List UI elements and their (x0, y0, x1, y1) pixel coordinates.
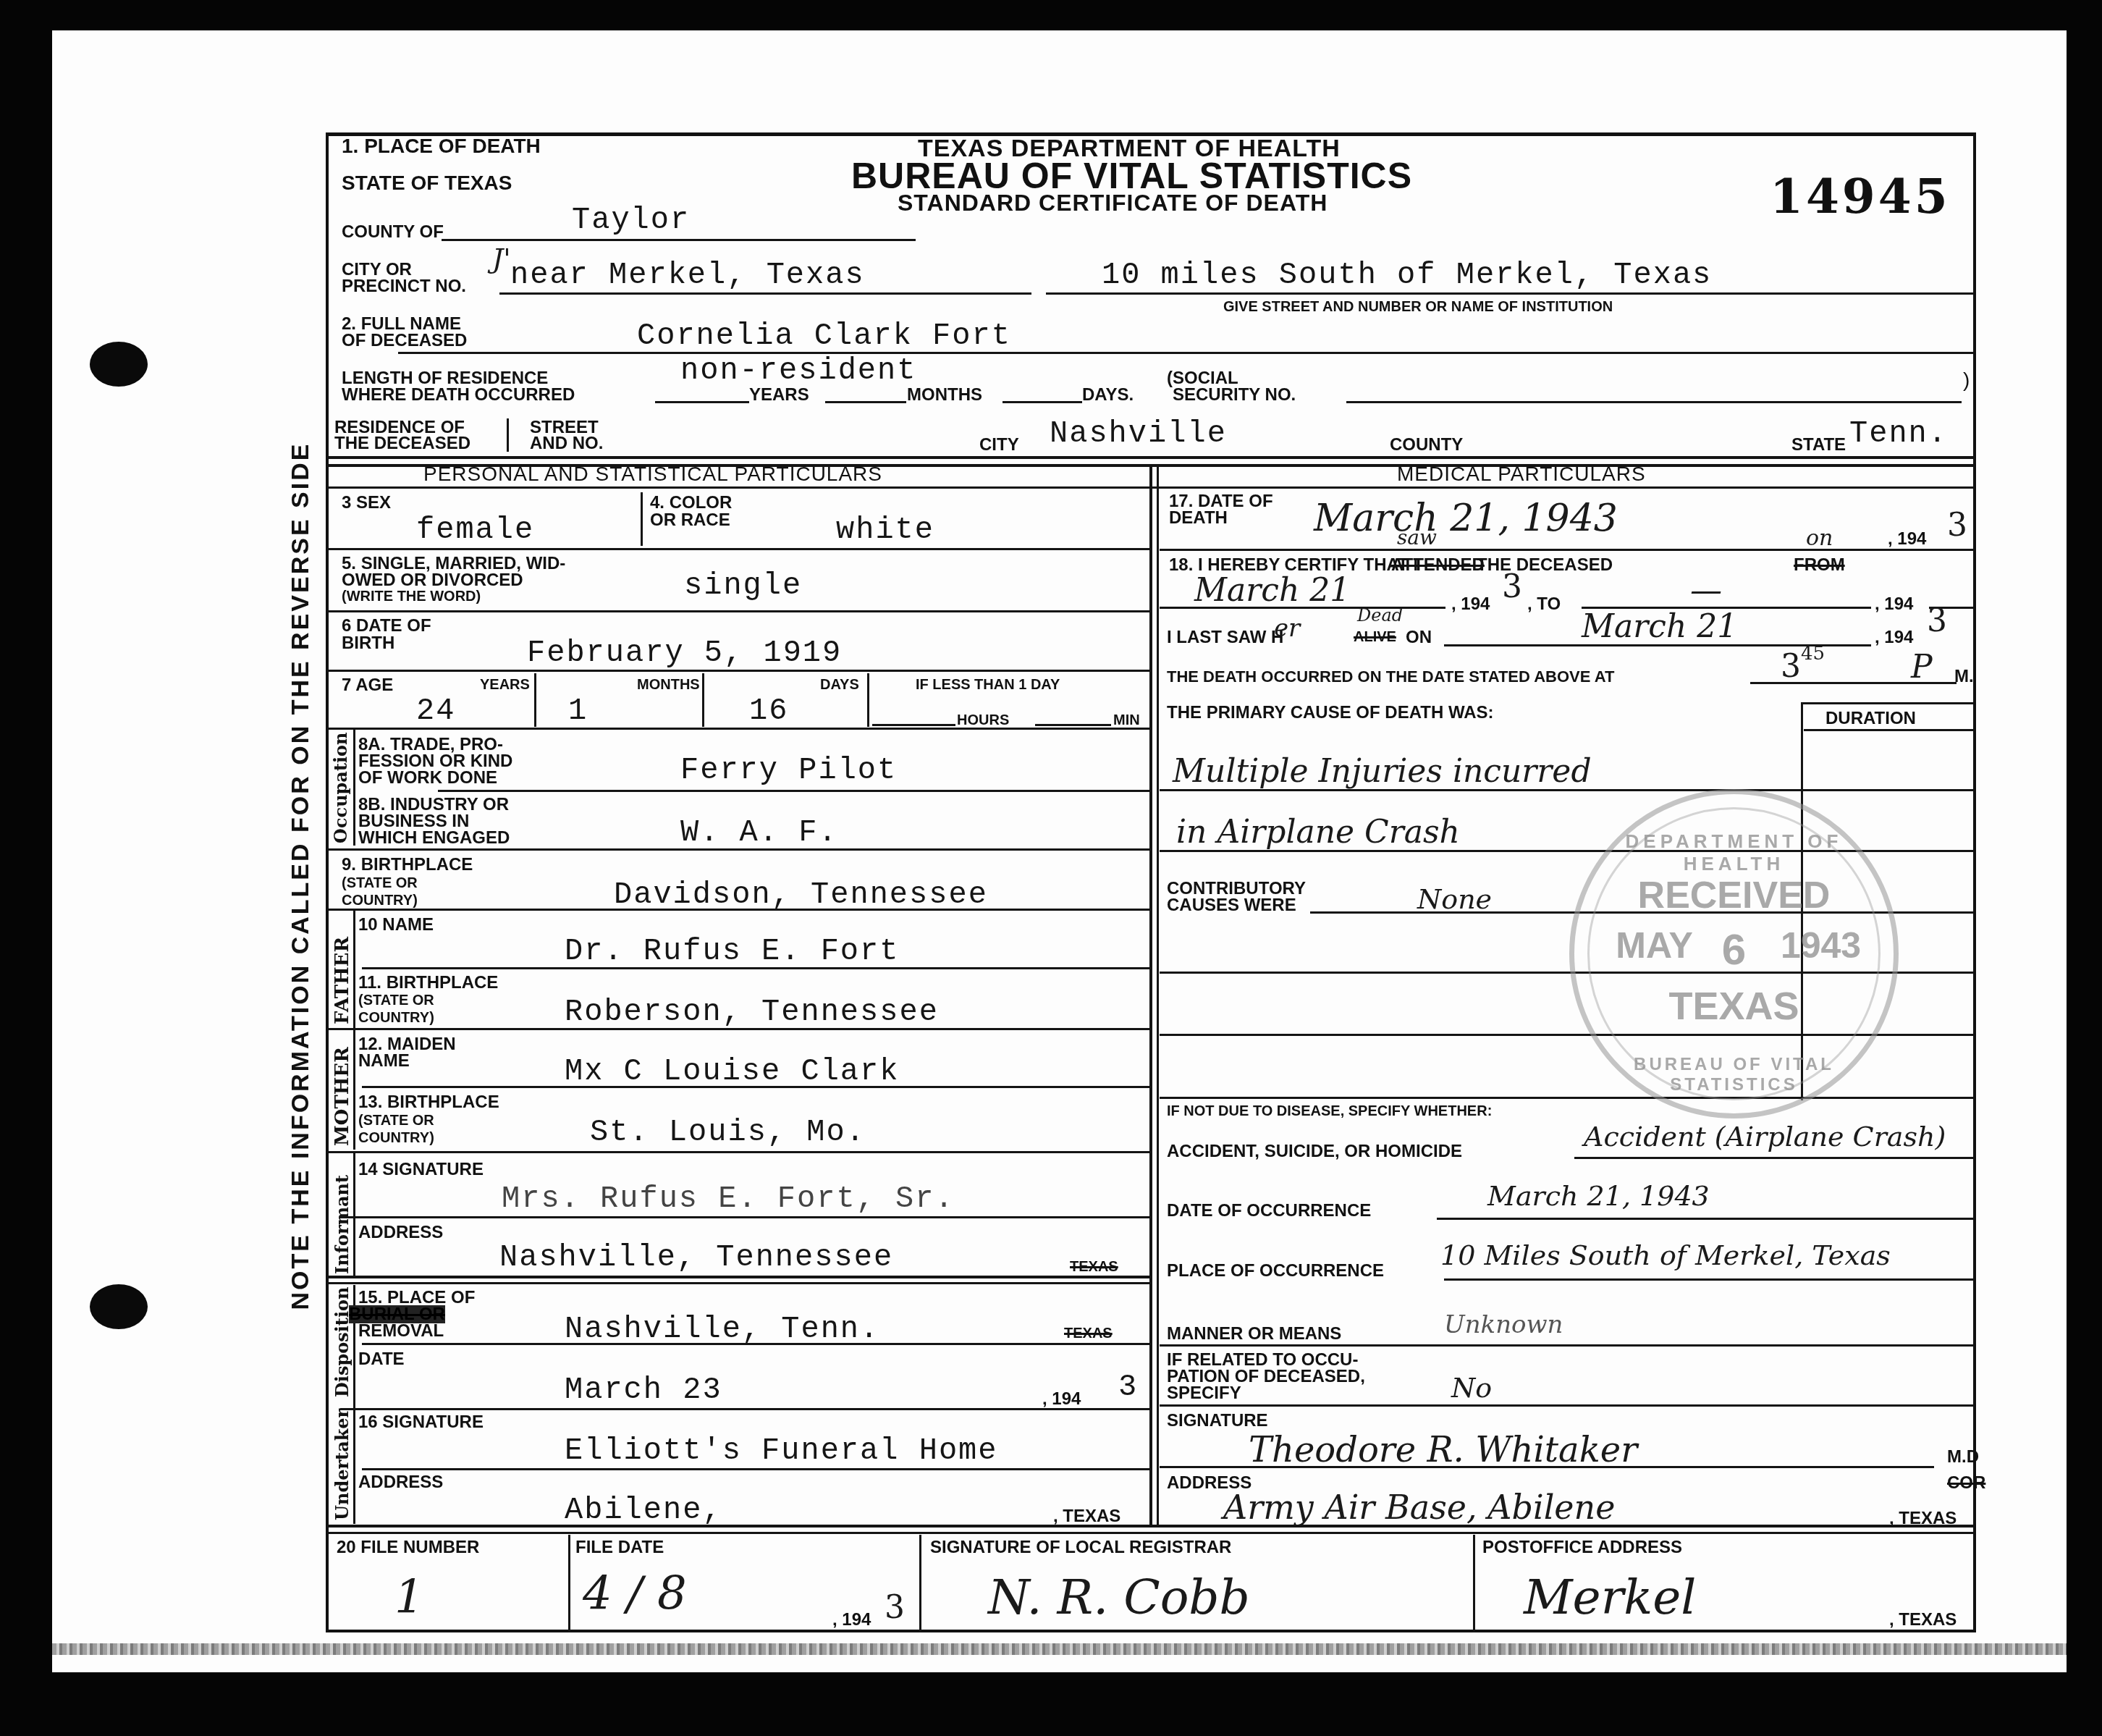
birthplace-value: Davidson, Tennessee (614, 877, 988, 912)
occurrence-place-underline (1444, 1278, 1974, 1281)
attended-from-value: March 21 (1194, 572, 1350, 609)
dob-label-2: BIRTH (342, 634, 394, 652)
res-city-label: CITY (979, 436, 1019, 454)
time-label: THE DEATH OCCURRED ON THE DATE STATED AB… (1167, 667, 1614, 686)
father-side-divider (353, 911, 355, 1028)
res-county-label: COUNTY (1390, 436, 1463, 454)
res-state-label: STATE (1791, 436, 1846, 454)
last-saw-inserted-dead: Dead (1357, 605, 1403, 625)
rule-undertaker (340, 1408, 1149, 1410)
not-disease-label: IF NOT DUE TO DISEASE, SPECIFY WHETHER: (1167, 1104, 1492, 1119)
father-name-label: 10 NAME (358, 916, 434, 934)
years-label: YEARS (749, 386, 809, 404)
time-am-pm: P (1911, 649, 1933, 686)
undertaker-address-value: Abilene, (565, 1493, 722, 1528)
last-saw-year-digit: 3 (1927, 602, 1947, 639)
sex-color-divider (641, 492, 643, 546)
residence-length-label-2: WHERE DEATH OCCURRED (342, 386, 575, 404)
mother-maiden-name-value: Mx C Louise Clark (565, 1054, 899, 1089)
months-underline (825, 401, 906, 403)
undertaker-value: Elliott's Funeral Home (565, 1433, 998, 1468)
punch-hole-icon (90, 1284, 148, 1329)
residence-divider (507, 418, 509, 452)
city-value: near Merkel, Texas (510, 258, 865, 292)
removal-date-label: DATE (358, 1350, 405, 1368)
informant-side-divider (353, 1153, 355, 1278)
to-label: , TO (1527, 595, 1561, 613)
age-days-label: DAYS (820, 678, 859, 693)
occurrence-place-value: 10 Miles South of Merkel, Texas (1440, 1239, 1891, 1271)
city-underline (499, 292, 1031, 295)
father-bp-label: 11. BIRTHPLACE (358, 974, 498, 992)
double-rule-filing-2 (327, 1532, 1975, 1534)
age-divider-1 (534, 673, 536, 727)
state-label: STATE OF TEXAS (342, 172, 512, 194)
informant-sig-label: 14 SIGNATURE (358, 1160, 484, 1179)
ss-close-paren: ) (1963, 369, 1970, 391)
hours-label: HOURS (957, 713, 1009, 728)
received-stamp: DEPARTMENT OF HEALTH RECEIVED MAY 6 1943… (1569, 789, 1899, 1118)
occupation-side-label: Occupation (330, 732, 351, 843)
residence-length-value: non-resident (680, 353, 916, 388)
removal-year-prefix: , 194 (1042, 1390, 1081, 1408)
certify-struck-attended: ATTENDED (1391, 556, 1485, 574)
double-rule-top (327, 456, 1975, 459)
full-name-label-2: OF DECEASED (342, 332, 467, 350)
mother-bp-label-3: COUNTRY) (358, 1131, 434, 1146)
duration-top-rule (1801, 702, 1973, 704)
registrar-signature: N. R. Cobb (988, 1569, 1250, 1625)
file-divider-2 (919, 1535, 921, 1632)
rule-father (327, 909, 1149, 911)
registrar-label: SIGNATURE OF LOCAL REGISTRAR (930, 1538, 1231, 1556)
last-saw-date-value: March 21 (1582, 608, 1737, 645)
last-saw-label: I LAST SAW H (1167, 628, 1283, 646)
color-value: white (836, 513, 934, 547)
cause-line-2: in Airplane Crash (1176, 814, 1460, 851)
informant-value: Mrs. Rufus E. Fort, Sr. (502, 1181, 955, 1216)
certify-inserted-on: on (1806, 526, 1833, 551)
residence-label-2: THE DECEASED (334, 434, 470, 452)
days-underline (1003, 401, 1082, 403)
mother-side-label: MOTHER (332, 1047, 353, 1146)
rule-birthplace (327, 848, 1149, 851)
physician-signature: Theodore R. Whitaker (1249, 1430, 1637, 1470)
occurrence-date-value: March 21, 1943 (1487, 1180, 1710, 1212)
cause-line-1: Multiple Injuries incurred (1173, 753, 1592, 790)
double-rule-disposition-1 (327, 1276, 1149, 1278)
industry-label-3: WHICH ENGAGED (358, 829, 510, 847)
punch-hole-icon (90, 342, 148, 387)
sex-value: female (416, 513, 534, 547)
certify-inserted-saw: saw (1397, 526, 1437, 549)
physician-address-value: Army Air Base, Abilene (1223, 1488, 1615, 1527)
last-saw-pronoun: er (1274, 614, 1300, 643)
months-label: MONTHS (907, 386, 982, 404)
file-date-label: FILE DATE (575, 1538, 664, 1556)
disposition-side-label: Disposition (332, 1286, 353, 1397)
informant-side-label: Informant (332, 1175, 353, 1274)
rule-mother (327, 1028, 1149, 1030)
occupation-side-divider (353, 730, 355, 846)
min-label: MIN (1113, 713, 1140, 728)
removal-year-digit: 3 (1118, 1370, 1138, 1404)
certificate-number: 14945 (1770, 168, 1951, 224)
last-saw-struck-alive: ALIVE (1354, 630, 1396, 645)
contributory-label-2: CAUSES WERE (1167, 896, 1296, 914)
county-underline (442, 239, 916, 241)
certify-label-2: THE DECEASED (1477, 556, 1613, 574)
street-hint: GIVE STREET AND NUMBER OR NAME OF INSTIT… (1223, 300, 1613, 315)
personal-section-title: PERSONAL AND STATISTICAL PARTICULARS (423, 463, 882, 485)
stamp-top-arc: DEPARTMENT OF HEALTH (1574, 830, 1894, 875)
removal-texas-label: TEXAS (1064, 1326, 1113, 1341)
manner-value: Unknown (1444, 1310, 1563, 1339)
cor-label: COR (1947, 1474, 1985, 1492)
occurrence-date-underline (1437, 1218, 1974, 1220)
removal-place-value: Nashville, Tenn. (565, 1312, 879, 1347)
date-of-birth-value: February 5, 1919 (527, 636, 842, 670)
postoffice-label: POSTOFFICE ADDRESS (1482, 1538, 1682, 1556)
file-number-value: 1 (394, 1571, 424, 1625)
attended-to-value: — (1690, 572, 1722, 609)
occurrence-place-label: PLACE OF OCCURRENCE (1167, 1262, 1384, 1280)
rule-age (327, 670, 1149, 672)
dod-year-digit: 3 (1947, 507, 1967, 544)
trade-label-3: OF WORK DONE (358, 769, 497, 787)
file-year-prefix: , 194 (832, 1611, 871, 1629)
mother-bp-label-2: (STATE OR (358, 1113, 434, 1129)
stamp-year: 1943 (1661, 924, 1980, 966)
from-year-digit: 3 (1502, 568, 1522, 605)
center-divider (1149, 464, 1152, 1525)
age-years-label: YEARS (480, 678, 530, 693)
medical-section-title: MEDICAL PARTICULARS (1397, 463, 1646, 485)
scan-edge (52, 1643, 2067, 1655)
father-bp-label-3: COUNTRY) (358, 1011, 434, 1026)
trade-value: Ferry Pilot (680, 753, 897, 788)
mother-side-divider (353, 1030, 355, 1150)
center-divider-inner (1157, 464, 1159, 1525)
stamp-received: RECEIVED (1574, 874, 1894, 917)
street-underline (1046, 292, 1974, 295)
hours-field (872, 724, 955, 726)
primary-cause-label: THE PRIMARY CAUSE OF DEATH WAS: (1167, 704, 1494, 722)
signature-underline (1160, 1466, 1934, 1468)
rule-undertaker-addr (362, 1468, 1149, 1470)
years-underline (655, 401, 749, 403)
contributory-value: None (1417, 883, 1492, 915)
precinct-mark: J' (492, 243, 511, 274)
county-value: Taylor (572, 203, 690, 237)
name-underline (398, 352, 1974, 354)
industry-value: W. A. F. (680, 815, 838, 850)
street-label-2: AND NO. (530, 434, 603, 452)
father-bp-label-2: (STATE OR (358, 993, 434, 1008)
occurrence-date-label: DATE OF OCCURRENCE (1167, 1202, 1371, 1220)
postoffice-value: Merkel (1524, 1569, 1696, 1625)
rule-father-bp (362, 967, 1149, 969)
rule-industry (438, 790, 1149, 792)
time-minute: 45 (1801, 643, 1825, 665)
age-divider-3 (867, 673, 869, 727)
father-name-value: Dr. Rufus E. Fort (565, 934, 899, 969)
accident-value: Accident (Airplane Crash) (1584, 1121, 1946, 1153)
color-label: 4. COLOR (650, 494, 732, 512)
county-label: COUNTY OF (342, 223, 444, 241)
marital-status-value: single (684, 568, 802, 603)
stamp-bottom-arc: BUREAU OF VITAL STATISTICS (1574, 1055, 1894, 1095)
undertaker-texas-label: , TEXAS (1053, 1507, 1120, 1525)
cause-rule-1 (1160, 789, 1974, 791)
file-divider-1 (568, 1535, 570, 1632)
age-label: 7 AGE (342, 676, 393, 694)
occ-related-rule (1160, 1404, 1974, 1407)
birthplace-label-2: (STATE OR (342, 876, 418, 891)
rule-removal-date (362, 1343, 1149, 1345)
deceased-name: Cornelia Clark Fort (637, 319, 1011, 353)
rule-occupation (327, 728, 1149, 730)
residence-state: Tenn. (1849, 416, 1948, 451)
sex-label: 3 SEX (342, 494, 391, 512)
marital-label-3: (WRITE THE WORD) (342, 589, 481, 604)
section-header-rule (327, 486, 1975, 489)
marital-label-2: OWED OR DIVORCED (342, 571, 523, 589)
informant-addr-label: ADDRESS (358, 1223, 443, 1242)
birthplace-label: 9. BIRTHPLACE (342, 856, 473, 874)
manner-label: MANNER OR MEANS (1167, 1325, 1341, 1343)
duration-header-rule (1804, 729, 1974, 731)
father-side-label: FATHER (332, 937, 353, 1024)
removal-date-value: March 23 (565, 1373, 722, 1407)
birthplace-label-3: COUNTRY) (342, 893, 418, 909)
father-birthplace-value: Roberson, Tennessee (565, 995, 939, 1029)
cause-rule-6 (1160, 1097, 1974, 1099)
postoffice-texas-label: , TEXAS (1889, 1611, 1957, 1629)
rule-informant (327, 1151, 1149, 1153)
age-divider-2 (702, 673, 704, 727)
occ-related-label-3: SPECIFY (1167, 1384, 1241, 1402)
undertaker-side-label: Undertaker (332, 1409, 353, 1520)
removal-label-2: REMOVAL (358, 1322, 444, 1340)
from-year-prefix: , 194 (1451, 595, 1490, 613)
dod-label-2: DEATH (1169, 509, 1228, 527)
rule-marital (327, 548, 1149, 550)
file-number-label: 20 FILE NUMBER (337, 1538, 479, 1556)
margin-note: NOTE THE INFORMATION CALLED FOR ON THE R… (287, 442, 315, 1310)
occ-related-value: No (1451, 1372, 1492, 1404)
informant-texas-label: TEXAS (1070, 1260, 1118, 1275)
dob-label: 6 DATE OF (342, 617, 431, 635)
color-label-2: OR RACE (650, 511, 730, 529)
duration-label: DURATION (1825, 709, 1916, 728)
dod-year-prefix: , 194 (1888, 530, 1926, 548)
manner-rule (1160, 1344, 1974, 1347)
rule-certify (1160, 549, 1974, 551)
rule-mother-bp (362, 1086, 1149, 1088)
md-label: M.D (1947, 1448, 1979, 1466)
less-than-day-label: IF LESS THAN 1 DAY (916, 678, 1060, 693)
last-saw-year-prefix: , 194 (1875, 628, 1913, 646)
last-saw-on-label: ON (1406, 628, 1432, 646)
rule-dob (327, 610, 1149, 612)
file-date-value: 4 / 8 (583, 1567, 687, 1621)
informant-address-value: Nashville, Tennessee (499, 1240, 893, 1275)
accident-label: ACCIDENT, SUICIDE, OR HOMICIDE (1167, 1142, 1462, 1160)
accident-underline (1574, 1157, 1974, 1159)
physician-signature-label: SIGNATURE (1167, 1412, 1268, 1430)
date-of-death-value: March 21, 1943 (1314, 497, 1618, 540)
mother-birthplace-value: St. Louis, Mo. (590, 1115, 866, 1150)
double-rule-filing-1 (327, 1525, 1975, 1528)
place-of-death-label: 1. PLACE OF DEATH (342, 135, 541, 157)
to-year-prefix: , 194 (1875, 595, 1913, 613)
days-label: DAYS. (1082, 386, 1134, 404)
ss-label-2: SECURITY NO. (1173, 386, 1296, 404)
ss-number-field (1346, 401, 1962, 403)
street-value: 10 miles South of Merkel, Texas (1102, 258, 1712, 292)
stamp-state: TEXAS (1574, 984, 1894, 1029)
file-divider-3 (1473, 1535, 1475, 1632)
rule-informant-addr (340, 1216, 1149, 1218)
age-years-value: 24 (416, 694, 455, 728)
residence-city: Nashville (1050, 416, 1227, 451)
mother-name-label-2: NAME (358, 1052, 410, 1070)
age-months-value: 1 (568, 694, 588, 728)
mother-bp-label: 13. BIRTHPLACE (358, 1093, 499, 1111)
undertaker-addr-label: ADDRESS (358, 1473, 443, 1491)
certificate-title: STANDARD CERTIFICATE OF DEATH (898, 190, 1328, 216)
min-field (1035, 724, 1111, 726)
certify-struck-from: FROM (1794, 556, 1845, 574)
age-days-value: 16 (749, 694, 788, 728)
precinct-label: PRECINCT NO. (342, 277, 466, 295)
file-year-digit: 3 (885, 1589, 905, 1626)
undertaker-sig-label: 16 SIGNATURE (358, 1413, 484, 1431)
age-months-label: MONTHS (637, 678, 700, 693)
double-rule-disposition-2 (327, 1282, 1149, 1284)
time-hour: 3 (1781, 648, 1801, 685)
time-m-label: M. (1954, 667, 1974, 686)
